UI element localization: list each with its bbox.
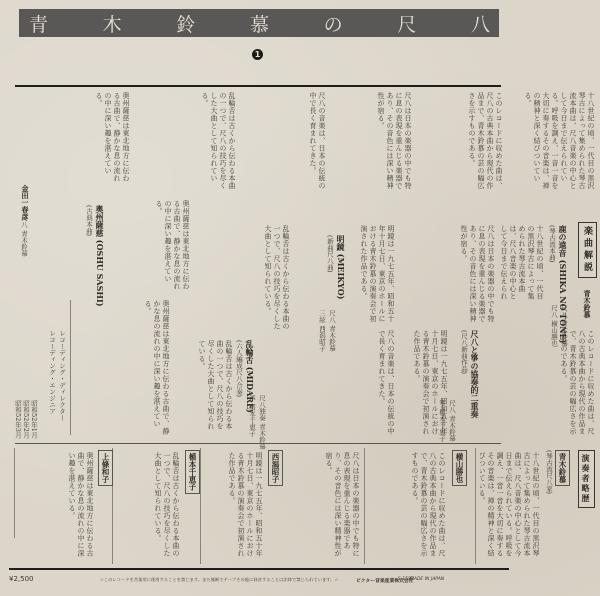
text-column: 奥州薩慈は東北地方に伝わる古曲で、静かな息の流れの中に深い趣を湛えている。 [110,200,190,290]
text-column: このレコードに収めた曲は、尺八の古典本曲から現代の作品まで、青木鈴慕の芸の幅広さ… [500,330,595,435]
title-bar: 青 木 鈴 慕 の 尺 八 [19,9,499,37]
side-number-badge: 1 [252,49,263,60]
piece-title: 奥州薩慈 (OSHU SASHI) [95,205,105,306]
text-column: 尺八は日本の楽器の中でも特に息の表現を重んじる楽器であり、その音色には深い精神性… [400,225,495,325]
title-char: 鈴 [176,10,195,37]
recording-engineer: レコーディング・エンジニア [48,330,56,415]
performer: 箏 楯本千恵子 [248,395,256,436]
record-jacket-back: 青 木 鈴 慕 の 尺 八 1 十八世紀の頃、一代目の黒沢琴古によって集められた… [0,0,600,596]
text-column: このレコードに収めた曲は、尺八の古典本曲から現代の作品まで、青木鈴慕の芸の幅広さ… [415,92,503,192]
bio-text: 尺八は日本の楽器の中でも特に息の表現を重んじる楽器であり、その音色には深い精神性… [282,452,360,562]
piece-subtitle: (琴古流本曲) [548,225,556,263]
bio-text: 乱輪舌は古くから伝わる本曲の一つで、尺八の技巧を尽くした大曲として知られている。 [120,452,180,562]
piece-subtitle: (六人編成尺八合奏) [235,340,243,397]
bio-text: 十八世紀の頃、一代目の黒沢琴古によって集められた琴古流本曲は、尺八音楽の中心とし… [480,452,540,562]
title-char: 木 [103,10,122,37]
divider [364,448,365,564]
divider [475,448,476,564]
piece-subtitle: (古典本曲) [85,205,93,236]
text-column: 奥州薩慈は東北地方に伝わる古曲で、静かな息の流れの中に深い趣を湛えている。 [30,92,130,182]
commentary-author: 青木鈴慕 [582,290,592,318]
title-char: 慕 [250,10,269,37]
bio-name: 青木鈴慕 [555,450,570,486]
title-char: 青 [29,10,48,37]
text-column: 尺八の音楽は、日本の伝統の中で長く育まれてきた。 [240,92,326,192]
recording-date: 昭和52年2月 [22,400,30,438]
text-column: 十八世紀の頃、一代目の黒沢琴古によって集められた琴古流本曲は、尺八音楽の中心とし… [500,225,544,305]
bio-name: 楯本千恵子 [185,450,200,494]
text-column: 十八世紀の頃、一代目の黒沢琴古によって集められた琴古流本曲は、尺八音楽の中心とし… [505,92,595,192]
bio-name: 西潟昭子 [268,450,283,486]
title-char: の [324,10,343,37]
text-column: 尺八の音楽は、日本の伝統の中で長く育まれてきた。 [290,330,395,435]
text-column: 乱輪舌は古くから伝わる本曲の一つで、尺八の技巧を尽くした大曲として知られている。 [140,92,236,192]
text-column: 乱輪舌は古くから伝わる本曲の一つで、尺八の技巧を尽くした大曲として知られている。 [195,225,290,335]
piece-subtitle: (新曲尺八曲) [326,235,334,273]
bio-name: 上條和子 [98,450,113,486]
copyright-notice: ☆このレコードを営業用に使用することを禁じます。また無断でテープその他に録音する… [100,577,338,583]
made-in-label: MADE IN JAPAN [410,577,444,582]
recording-director: レコーディング・ディレクター [58,330,66,421]
bio-text: このレコードに収めた曲は、尺八の古典本曲から現代の作品まで、青木鈴慕の芸の幅広さ… [370,452,446,562]
bio-name: 横山勝也 [452,450,467,486]
divider [14,448,15,538]
performers-heading: 演奏者略歴 [578,450,595,508]
recording-date: 昭和52年1月 [30,400,38,438]
commentary-heading: 楽曲解説 [578,222,597,278]
section-rule [15,443,501,444]
text-column: 尺八は日本の楽器の中でも特に息の表現を重んじる楽器であり、その音色には深い精神性… [330,92,412,192]
text-column: 明鏡は一九七五年、昭和五十年十月七日、東京のホールにおける青木鈴慕の演奏会で初演… [400,330,448,435]
divider [70,300,71,435]
text-column: 明鏡は一九七五年、昭和五十年十月七日、東京のホールにおける青木鈴慕の演奏会で初演… [345,225,395,325]
divider [200,448,201,564]
bottom-rule [9,568,509,570]
performer: 尺八独奏 青木鈴慕 [258,395,266,449]
title-char: 尺 [397,10,416,37]
text-column: 奥州薩慈は東北地方に伝わる古曲で、静かな息の流れの中に深い趣を湛えている。 [75,300,170,435]
piece-subtitle: (尺八新曲作品) [460,330,468,374]
price-label: ¥2,500 [9,575,34,583]
recording-date: 昭和52年3月 [14,400,22,438]
top-rule [15,85,501,87]
bio-text: 奥州薩慈は東北地方に伝わる古曲で、静かな息の流れの中に深い趣を湛えている。 [40,452,94,562]
bio-note: (琴古流尺八家) [545,450,553,494]
performer: 尺八 青木鈴慕 [448,400,456,441]
performer: 尺八 青木鈴慕 [20,215,28,256]
piece-title: 尺八と箏の協奏的二重奏 [470,330,480,418]
title-char: 八 [471,10,490,37]
bio-text: 明鏡は一九七五年、昭和五十年十月七日、東京のホールにおける青木鈴慕の演奏会で初演… [205,452,263,562]
text-column: 乱輪舌は古くから伝わる本曲の一つで、尺八の技巧を尽くした大曲として知られている。 [175,340,233,435]
